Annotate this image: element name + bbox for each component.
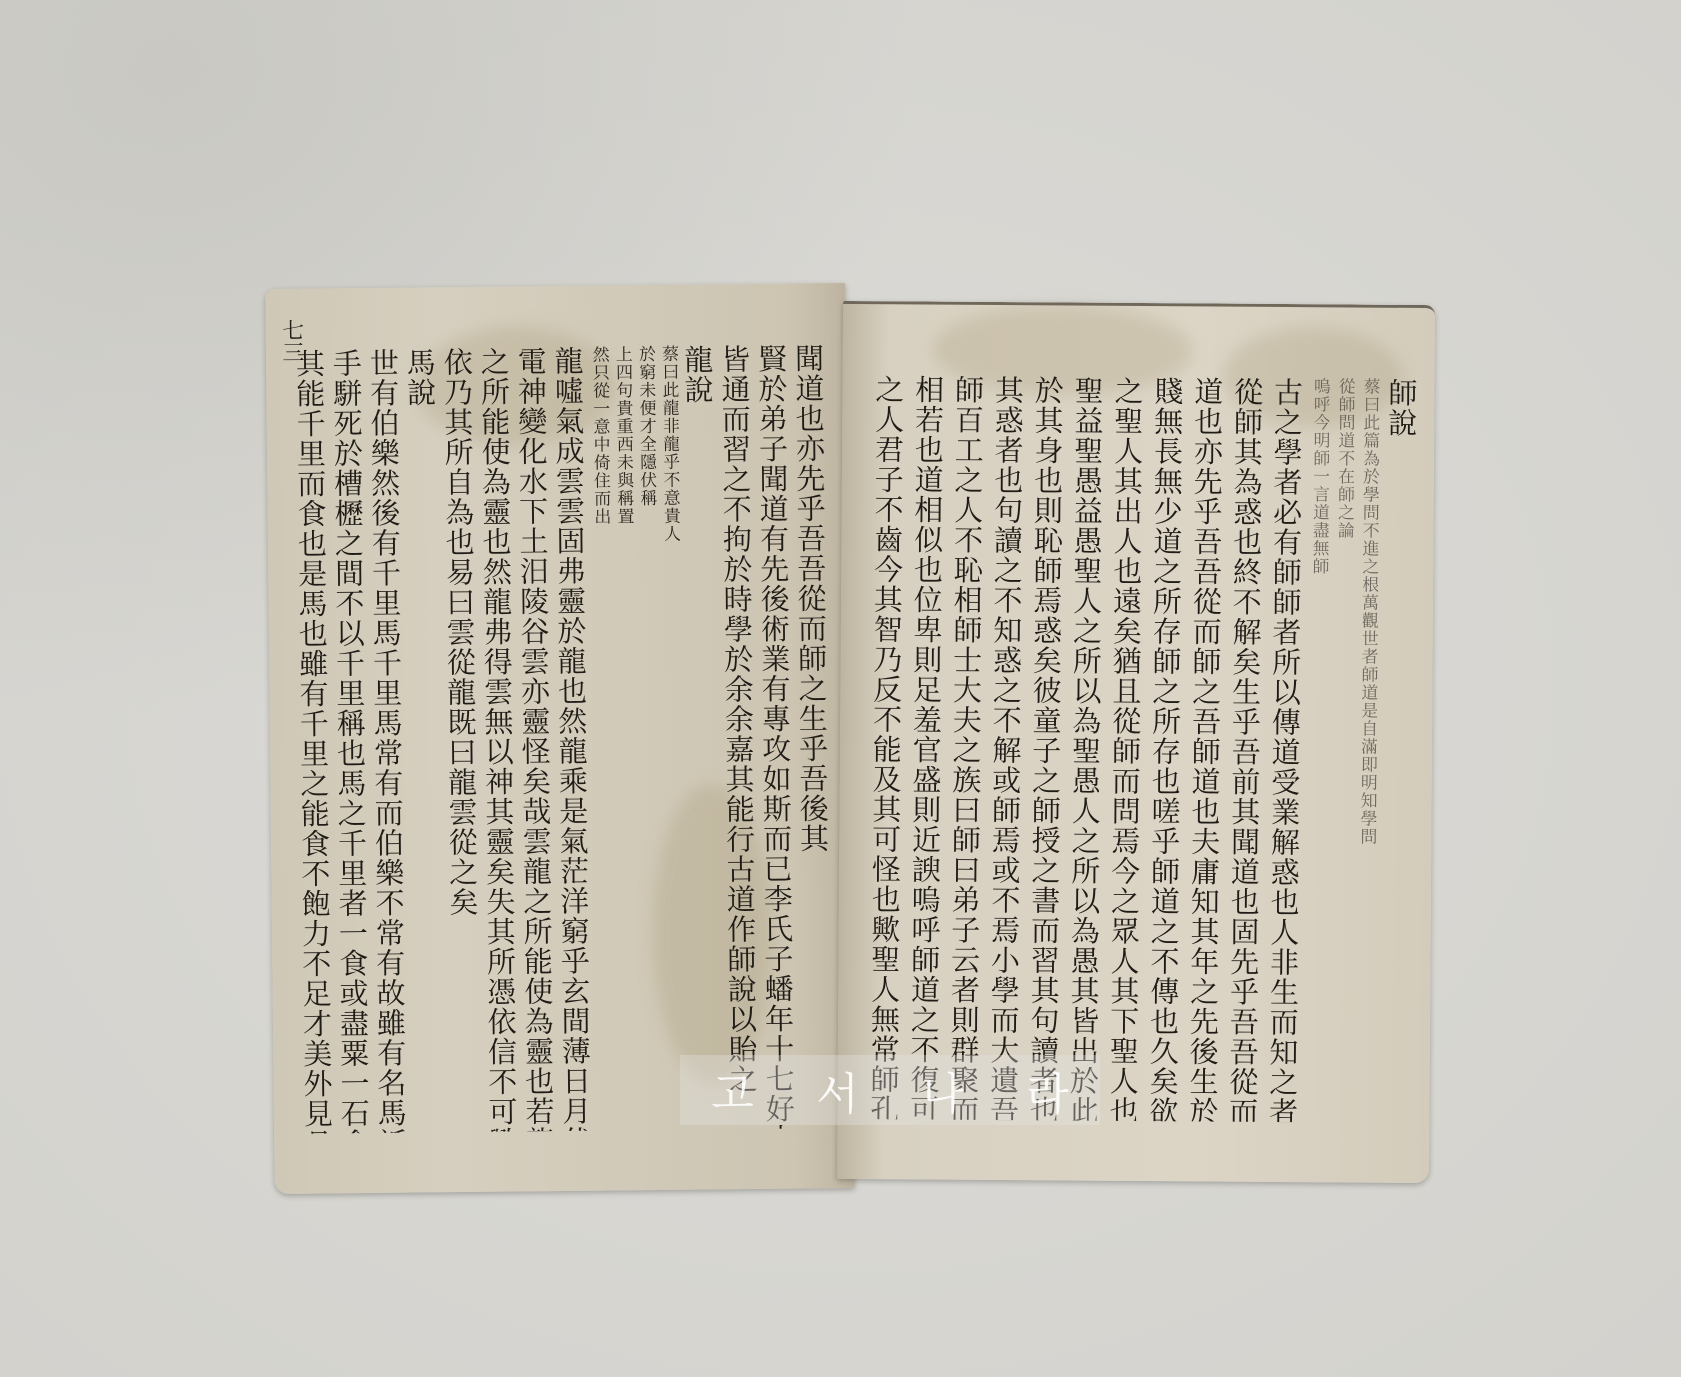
section-title: 龍說 [684,344,723,1129]
annotation-column: 於窮未便才全隱伏稱 [638,345,663,1130]
text-column: 古之學者必有師師者所以傳道受業解惑也人非生而知之者孰能無惑惑而不 [1266,377,1305,1122]
annotation-column: 嗚呼今明師一言道盡無師 [1306,377,1330,1122]
text-column: 賤無長無少道之所存師之所存也嗟乎師道之不傳也久矣欲人之無惑也難矣古 [1146,376,1185,1121]
text-column: 於其身也則恥師焉惑矣彼童子之師授之書而習其句讀者也非吾所謂傳其道解 [1027,375,1066,1120]
watermark-char: 서 [816,1058,859,1122]
right-text-columns: 師說 蔡曰此篇為於學問不進之根萬觀世者師道是自滿即明知學問 從師問道不在師之論 … [867,374,1419,1123]
section-title: 馬說 [407,347,446,1132]
watermark-char: 고 [711,1058,754,1122]
annotation-column: 從師問道不在師之論 [1331,377,1355,1122]
text-column: 其惑者也句讀之不知惑之不解或師焉或不焉小學而大遺吾未見其明也巫醫樂 [987,375,1026,1120]
text-column: 龍噓氣成雲雲固弗靈於龍也然龍乘是氣茫洋窮乎玄間薄日月伏光景感震 [554,346,593,1131]
text-column: 之所能使為靈也然龍弗得雲無以神其靈矣失其所憑依信不可歟異哉其所憑 [481,346,520,1131]
text-column: 其能千里而食也是馬也雖有千里之能食不飽力不足才美外見且欲與常馬等不 [296,348,335,1133]
section-title: 師說 [1380,378,1419,1123]
annotation-column: 蔡曰此龍非龍乎不意貴人 [661,345,686,1130]
text-column: 聖益聖愚益愚聖人之所以為聖愚人之所以為愚其皆出於此乎愛其子擇師而教之 [1067,376,1106,1121]
text-column: 賢於弟子聞道有先後術業有專攻如斯而已李氏子蟠年十七好古文 [758,344,797,1129]
watermark-char: 라 [1026,1058,1069,1122]
text-column: 電神變化水下土汨陵谷雲亦靈怪矣哉雲龍之所能使為靈也若龍之靈則非雲 [518,346,557,1131]
text-column: 依乃其所自為也易曰雲從龍既曰龍雲從之矣 [444,347,483,1132]
text-column: 世有伯樂然後有千里馬千里馬常有而伯樂不常有故雖有名馬祗辱於奴隸人之 [370,348,409,1133]
annotation-column: 上四句貴重西未與稱置 [615,345,640,1130]
text-column: 聞道也亦先乎吾吾從而師之生乎吾後其 [795,343,834,1128]
text-column: 道也亦先乎吾吾從而師之吾師道也夫庸知其年之先後生於吾乎是故無貴無 [1186,376,1225,1121]
watermark: 고 서 나 라 [680,1055,1100,1125]
annotation-column: 然只從一意中倚住而出 [591,345,616,1130]
right-page: 師說 蔡曰此篇為於學問不進之根萬觀世者師道是自滿即明知學問 從師問道不在師之論 … [837,301,1435,1183]
watermark-char: 나 [921,1058,964,1122]
text-column: 從師其為惑也終不解矣生乎吾前其聞道也固先乎吾吾從而師之生乎吾後其聞 [1226,377,1265,1122]
text-column: 相若也道相似也位卑則足羞官盛則近諛嗚呼師道之不復可知矣巫醫樂師百工 [907,374,946,1119]
text-column: 手駢死於槽櫪之間不以千里稱也馬之千里者一食或盡粟一石食馬者不知 [333,348,372,1133]
text-column: 之人君子不齒今其智乃反不能及其可怪也歟聖人無常師孔子師郯子萇弘師襄老聃 [867,374,906,1119]
annotation-column: 蔡曰此篇為於學問不進之根萬觀世者師道是自滿即明知學問 [1356,378,1380,1123]
text-column: 皆通而習之不拘於時學於余余嘉其能行古道作師說以貽之 [721,344,760,1129]
left-text-columns: 聞道也亦先乎吾吾從而師之生乎吾後其 賢於弟子聞道有先後術業有專攻如斯而已李氏子蟠… [296,343,834,1134]
text-column: 之聖人其出人也遠矣猶且從師而問焉今之眾人其下聖人也亦遠矣而恥學於師是故 [1107,376,1146,1121]
text-column: 師百工之人不恥相師士大夫之族曰師曰弟子云者則群聚而笑之問之則曰彼與彼年 [947,375,986,1120]
